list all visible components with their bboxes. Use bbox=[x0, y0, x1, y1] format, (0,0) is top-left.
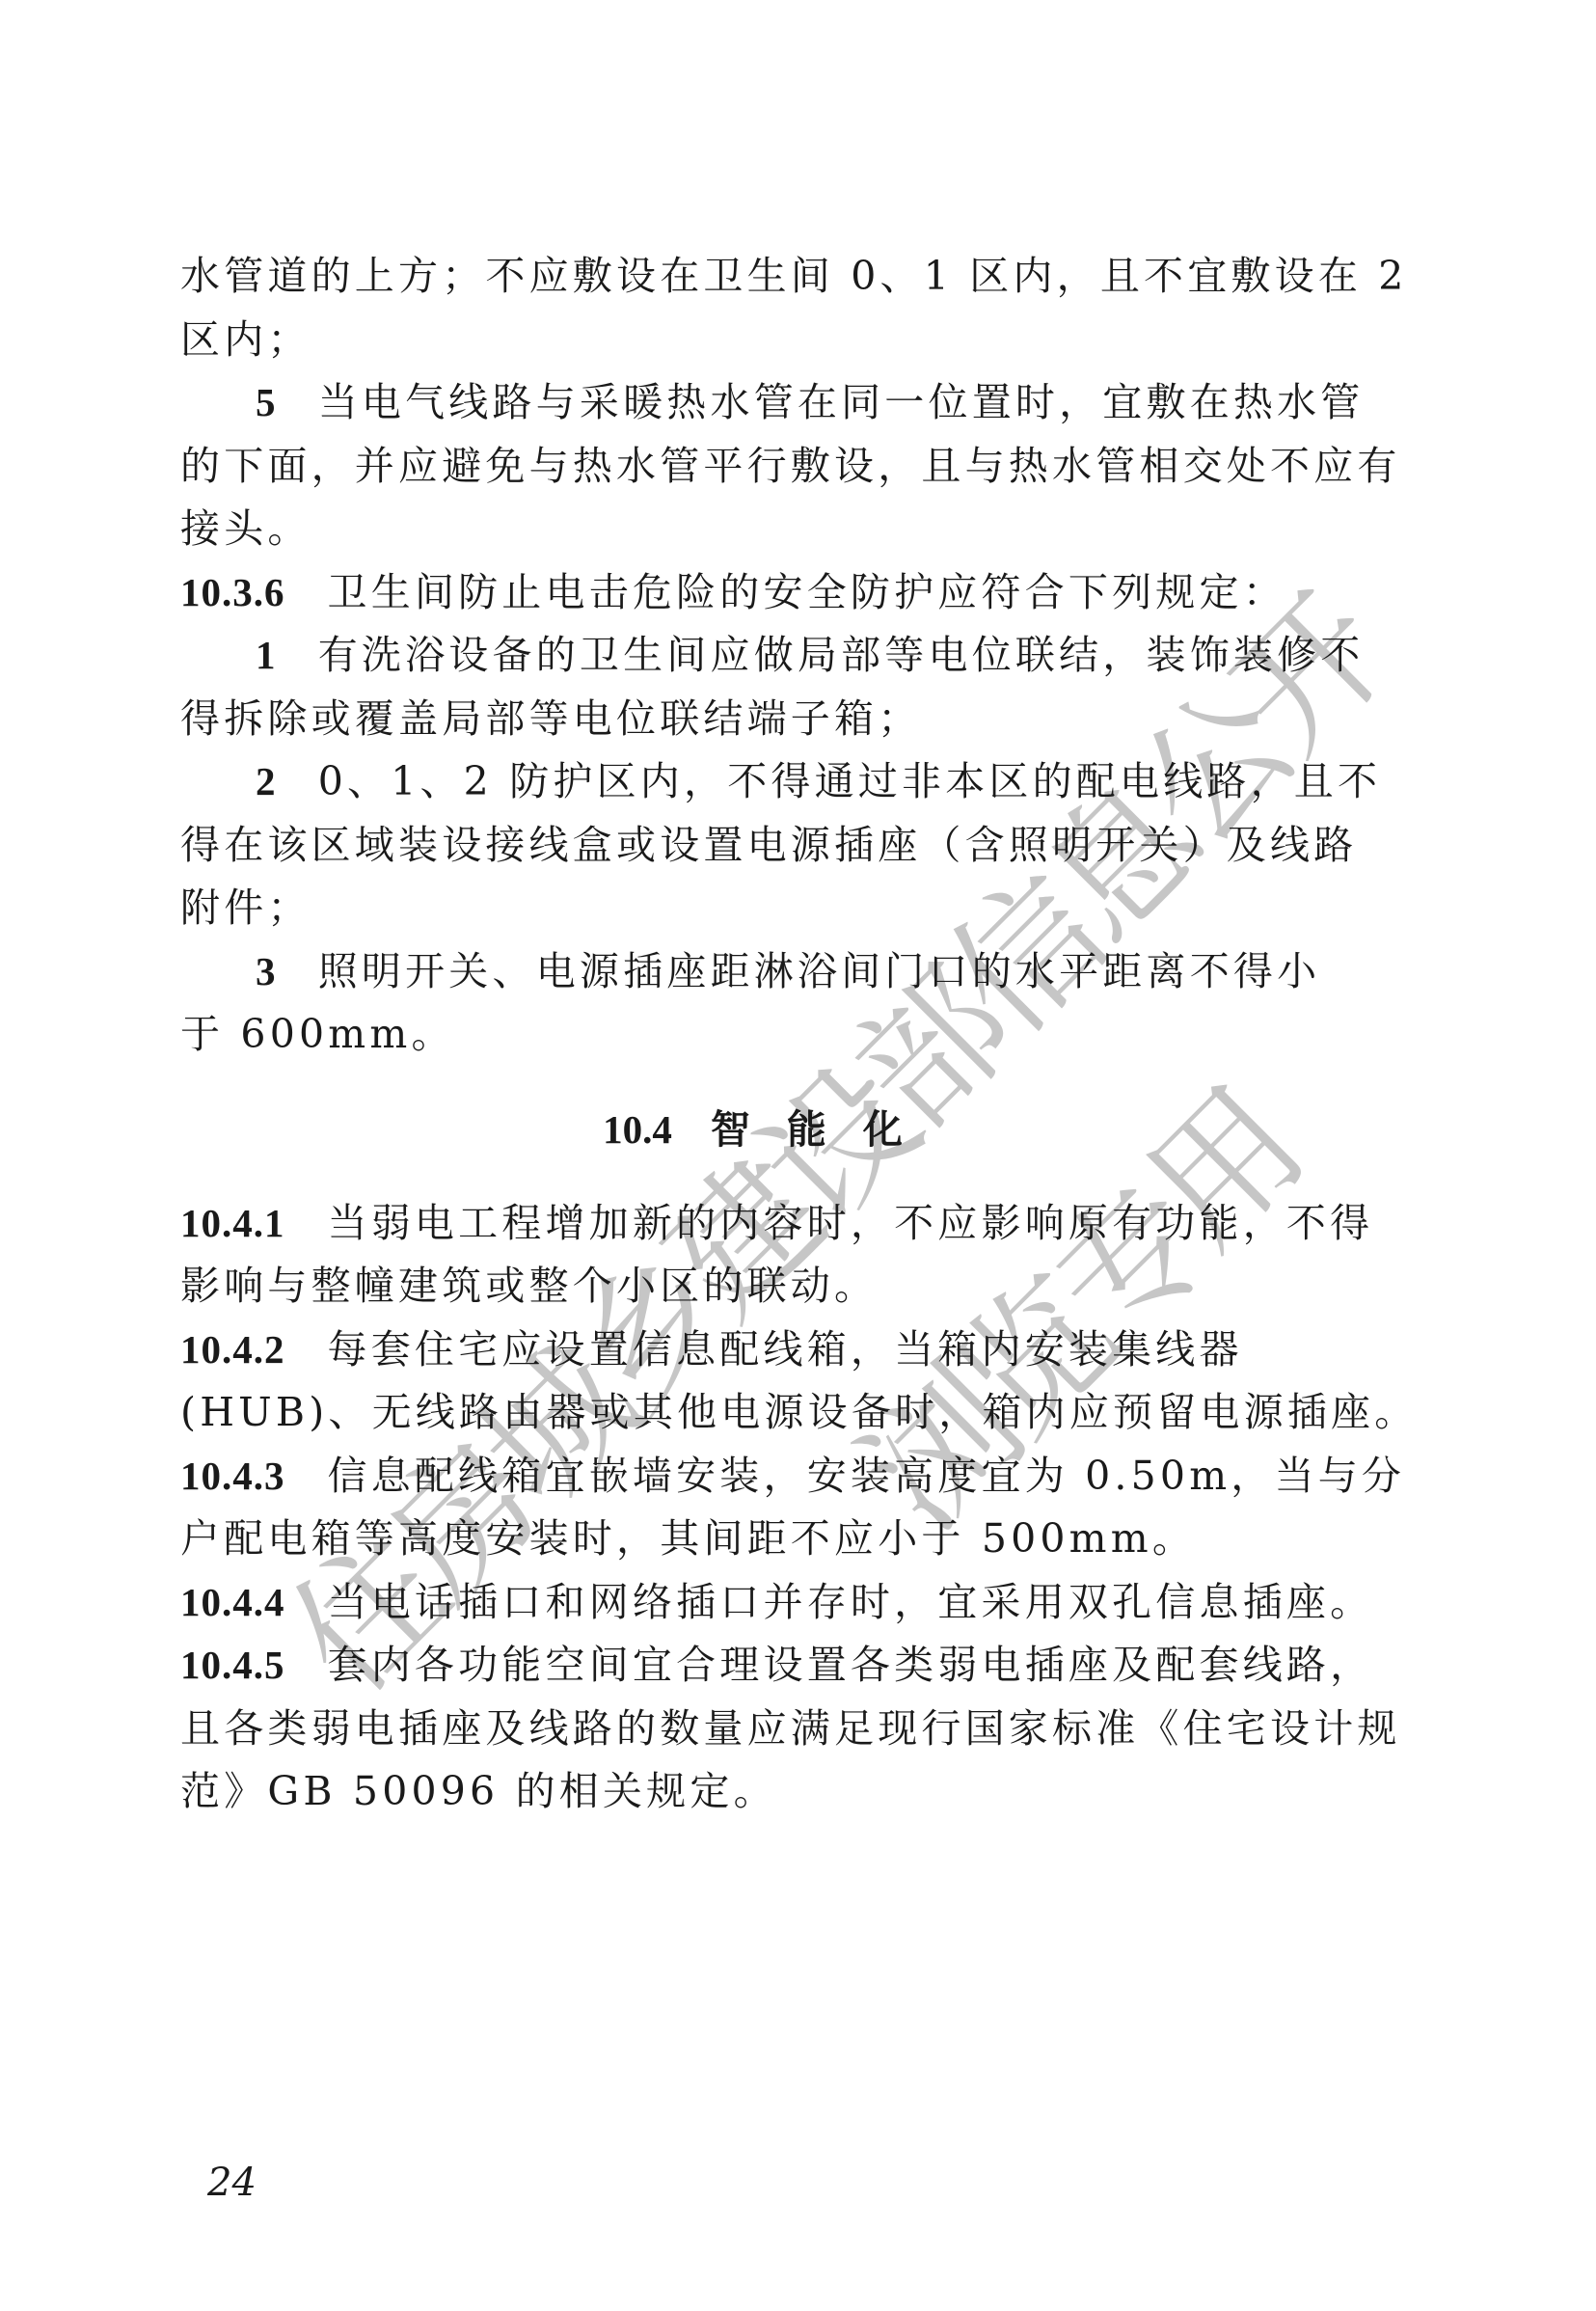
text-line: (HUB)、无线路由器或其他电源设备时，箱内应预留电源插座。 bbox=[180, 1381, 1362, 1445]
line-text: 得在该区域装设接线盒或设置电源插座（含照明开关）及线路 bbox=[180, 822, 1357, 868]
line-text: 有洗浴设备的卫生间应做局部等电位联结，装饰装修不 bbox=[318, 632, 1365, 678]
list-item-line: 5当电气线路与采暖热水管在同一位置时，宜敷在热水管 bbox=[180, 371, 1362, 435]
clause-line: 10.4.2每套住宅应设置信息配线箱，当箱内安装集线器 bbox=[180, 1319, 1362, 1382]
line-text: 当弱电工程增加新的内容时，不应影响原有功能，不得 bbox=[328, 1200, 1374, 1246]
clause-number: 10.4.2 bbox=[180, 1327, 285, 1372]
line-text: 得拆除或覆盖局部等电位联结端子箱； bbox=[180, 695, 921, 742]
item-number: 1 bbox=[256, 633, 280, 677]
section-number: 10.4 bbox=[603, 1107, 672, 1152]
page-number: 24 bbox=[207, 2161, 257, 2205]
clause-line: 10.4.4当电话插口和网络插口并存时，宜采用双孔信息插座。 bbox=[180, 1571, 1362, 1635]
clause-line: 10.3.6卫生间防止电击危险的安全防护应符合下列规定： bbox=[180, 561, 1362, 625]
line-text: 卫生间防止电击危险的安全防护应符合下列规定： bbox=[328, 569, 1286, 615]
line-text: 每套住宅应设置信息配线箱，当箱内安装集线器 bbox=[328, 1326, 1243, 1373]
text-line: 接头。 bbox=[180, 498, 1362, 561]
section-heading: 10.4智能化 bbox=[180, 1067, 1362, 1192]
line-text: 且各类弱电插座及线路的数量应满足现行国家标准《住宅设计规 bbox=[180, 1705, 1401, 1752]
line-text: 水管道的上方；不应敷设在卫生间 0、1 区内，且不宜敷设在 2 bbox=[180, 253, 1408, 299]
text-line: 附件； bbox=[180, 877, 1362, 940]
line-text: 接头。 bbox=[180, 505, 311, 552]
section-10-3-continuation: 水管道的上方；不应敷设在卫生间 0、1 区内，且不宜敷设在 2区内；5当电气线路… bbox=[180, 245, 1362, 1067]
text-line: 且各类弱电插座及线路的数量应满足现行国家标准《住宅设计规 bbox=[180, 1698, 1362, 1761]
clause-line: 10.4.5套内各功能空间宜合理设置各类弱电插座及配套线路， bbox=[180, 1634, 1362, 1698]
line-text: 范》GB 50096 的相关规定。 bbox=[180, 1768, 777, 1814]
section-10-4-body: 10.4.1当弱电工程增加新的内容时，不应影响原有功能，不得影响与整幢建筑或整个… bbox=[180, 1192, 1362, 1824]
section-title: 智能化 bbox=[711, 1106, 939, 1153]
clause-number: 10.4.4 bbox=[180, 1580, 285, 1624]
text-line: 水管道的上方；不应敷设在卫生间 0、1 区内，且不宜敷设在 2 bbox=[180, 245, 1362, 309]
clause-number: 10.4.5 bbox=[180, 1643, 285, 1687]
clause-number: 10.4.3 bbox=[180, 1454, 285, 1498]
item-number: 5 bbox=[256, 380, 280, 424]
clause-number: 10.4.1 bbox=[180, 1201, 285, 1245]
line-text: 的下面，并应避免与热水管平行敷设，且与热水管相交处不应有 bbox=[180, 443, 1401, 489]
line-text: 照明开关、电源插座距淋浴间门口的水平距离不得小 bbox=[318, 948, 1321, 994]
text-line: 范》GB 50096 的相关规定。 bbox=[180, 1760, 1362, 1824]
document-body: 水管道的上方；不应敷设在卫生间 0、1 区内，且不宜敷设在 2区内；5当电气线路… bbox=[180, 245, 1362, 1824]
line-text: 信息配线箱宜嵌墙安装，安装高度宜为 0.50m，当与分 bbox=[328, 1453, 1406, 1499]
text-line: 影响与整幢建筑或整个小区的联动。 bbox=[180, 1255, 1362, 1319]
line-text: 当电气线路与采暖热水管在同一位置时，宜敷在热水管 bbox=[318, 379, 1365, 425]
item-number: 3 bbox=[256, 949, 280, 993]
line-text: 于 600mm。 bbox=[180, 1011, 455, 1057]
text-line: 得拆除或覆盖局部等电位联结端子箱； bbox=[180, 688, 1362, 751]
line-text: 当电话插口和网络插口并存时，宜采用双孔信息插座。 bbox=[328, 1579, 1374, 1625]
clause-number: 10.3.6 bbox=[180, 570, 285, 614]
text-line: 得在该区域装设接线盒或设置电源插座（含照明开关）及线路 bbox=[180, 814, 1362, 878]
list-item-line: 1有洗浴设备的卫生间应做局部等电位联结，装饰装修不 bbox=[180, 624, 1362, 688]
line-text: 0、1、2 防护区内，不得通过非本区的配电线路，且不 bbox=[318, 758, 1382, 804]
line-text: 套内各功能空间宜合理设置各类弱电插座及配套线路， bbox=[328, 1642, 1374, 1688]
clause-line: 10.4.3信息配线箱宜嵌墙安装，安装高度宜为 0.50m，当与分 bbox=[180, 1445, 1362, 1509]
line-text: (HUB)、无线路由器或其他电源设备时，箱内应预留电源插座。 bbox=[180, 1389, 1418, 1435]
text-line: 户配电箱等高度安装时，其间距不应小于 500mm。 bbox=[180, 1508, 1362, 1571]
list-item-line: 3照明开关、电源插座距淋浴间门口的水平距离不得小 bbox=[180, 940, 1362, 1004]
item-number: 2 bbox=[256, 759, 280, 803]
line-text: 户配电箱等高度安装时，其间距不应小于 500mm。 bbox=[180, 1515, 1196, 1562]
document-page: 住房城乡建设部信息公开 浏览专用 水管道的上方；不应敷设在卫生间 0、1 区内，… bbox=[0, 0, 1596, 2311]
text-line: 的下面，并应避免与热水管平行敷设，且与热水管相交处不应有 bbox=[180, 435, 1362, 499]
line-text: 附件； bbox=[180, 884, 311, 931]
line-text: 区内； bbox=[180, 316, 311, 363]
list-item-line: 20、1、2 防护区内，不得通过非本区的配电线路，且不 bbox=[180, 750, 1362, 814]
line-text: 影响与整幢建筑或整个小区的联动。 bbox=[180, 1263, 878, 1309]
clause-line: 10.4.1当弱电工程增加新的内容时，不应影响原有功能，不得 bbox=[180, 1192, 1362, 1256]
text-line: 于 600mm。 bbox=[180, 1003, 1362, 1067]
text-line: 区内； bbox=[180, 309, 1362, 372]
